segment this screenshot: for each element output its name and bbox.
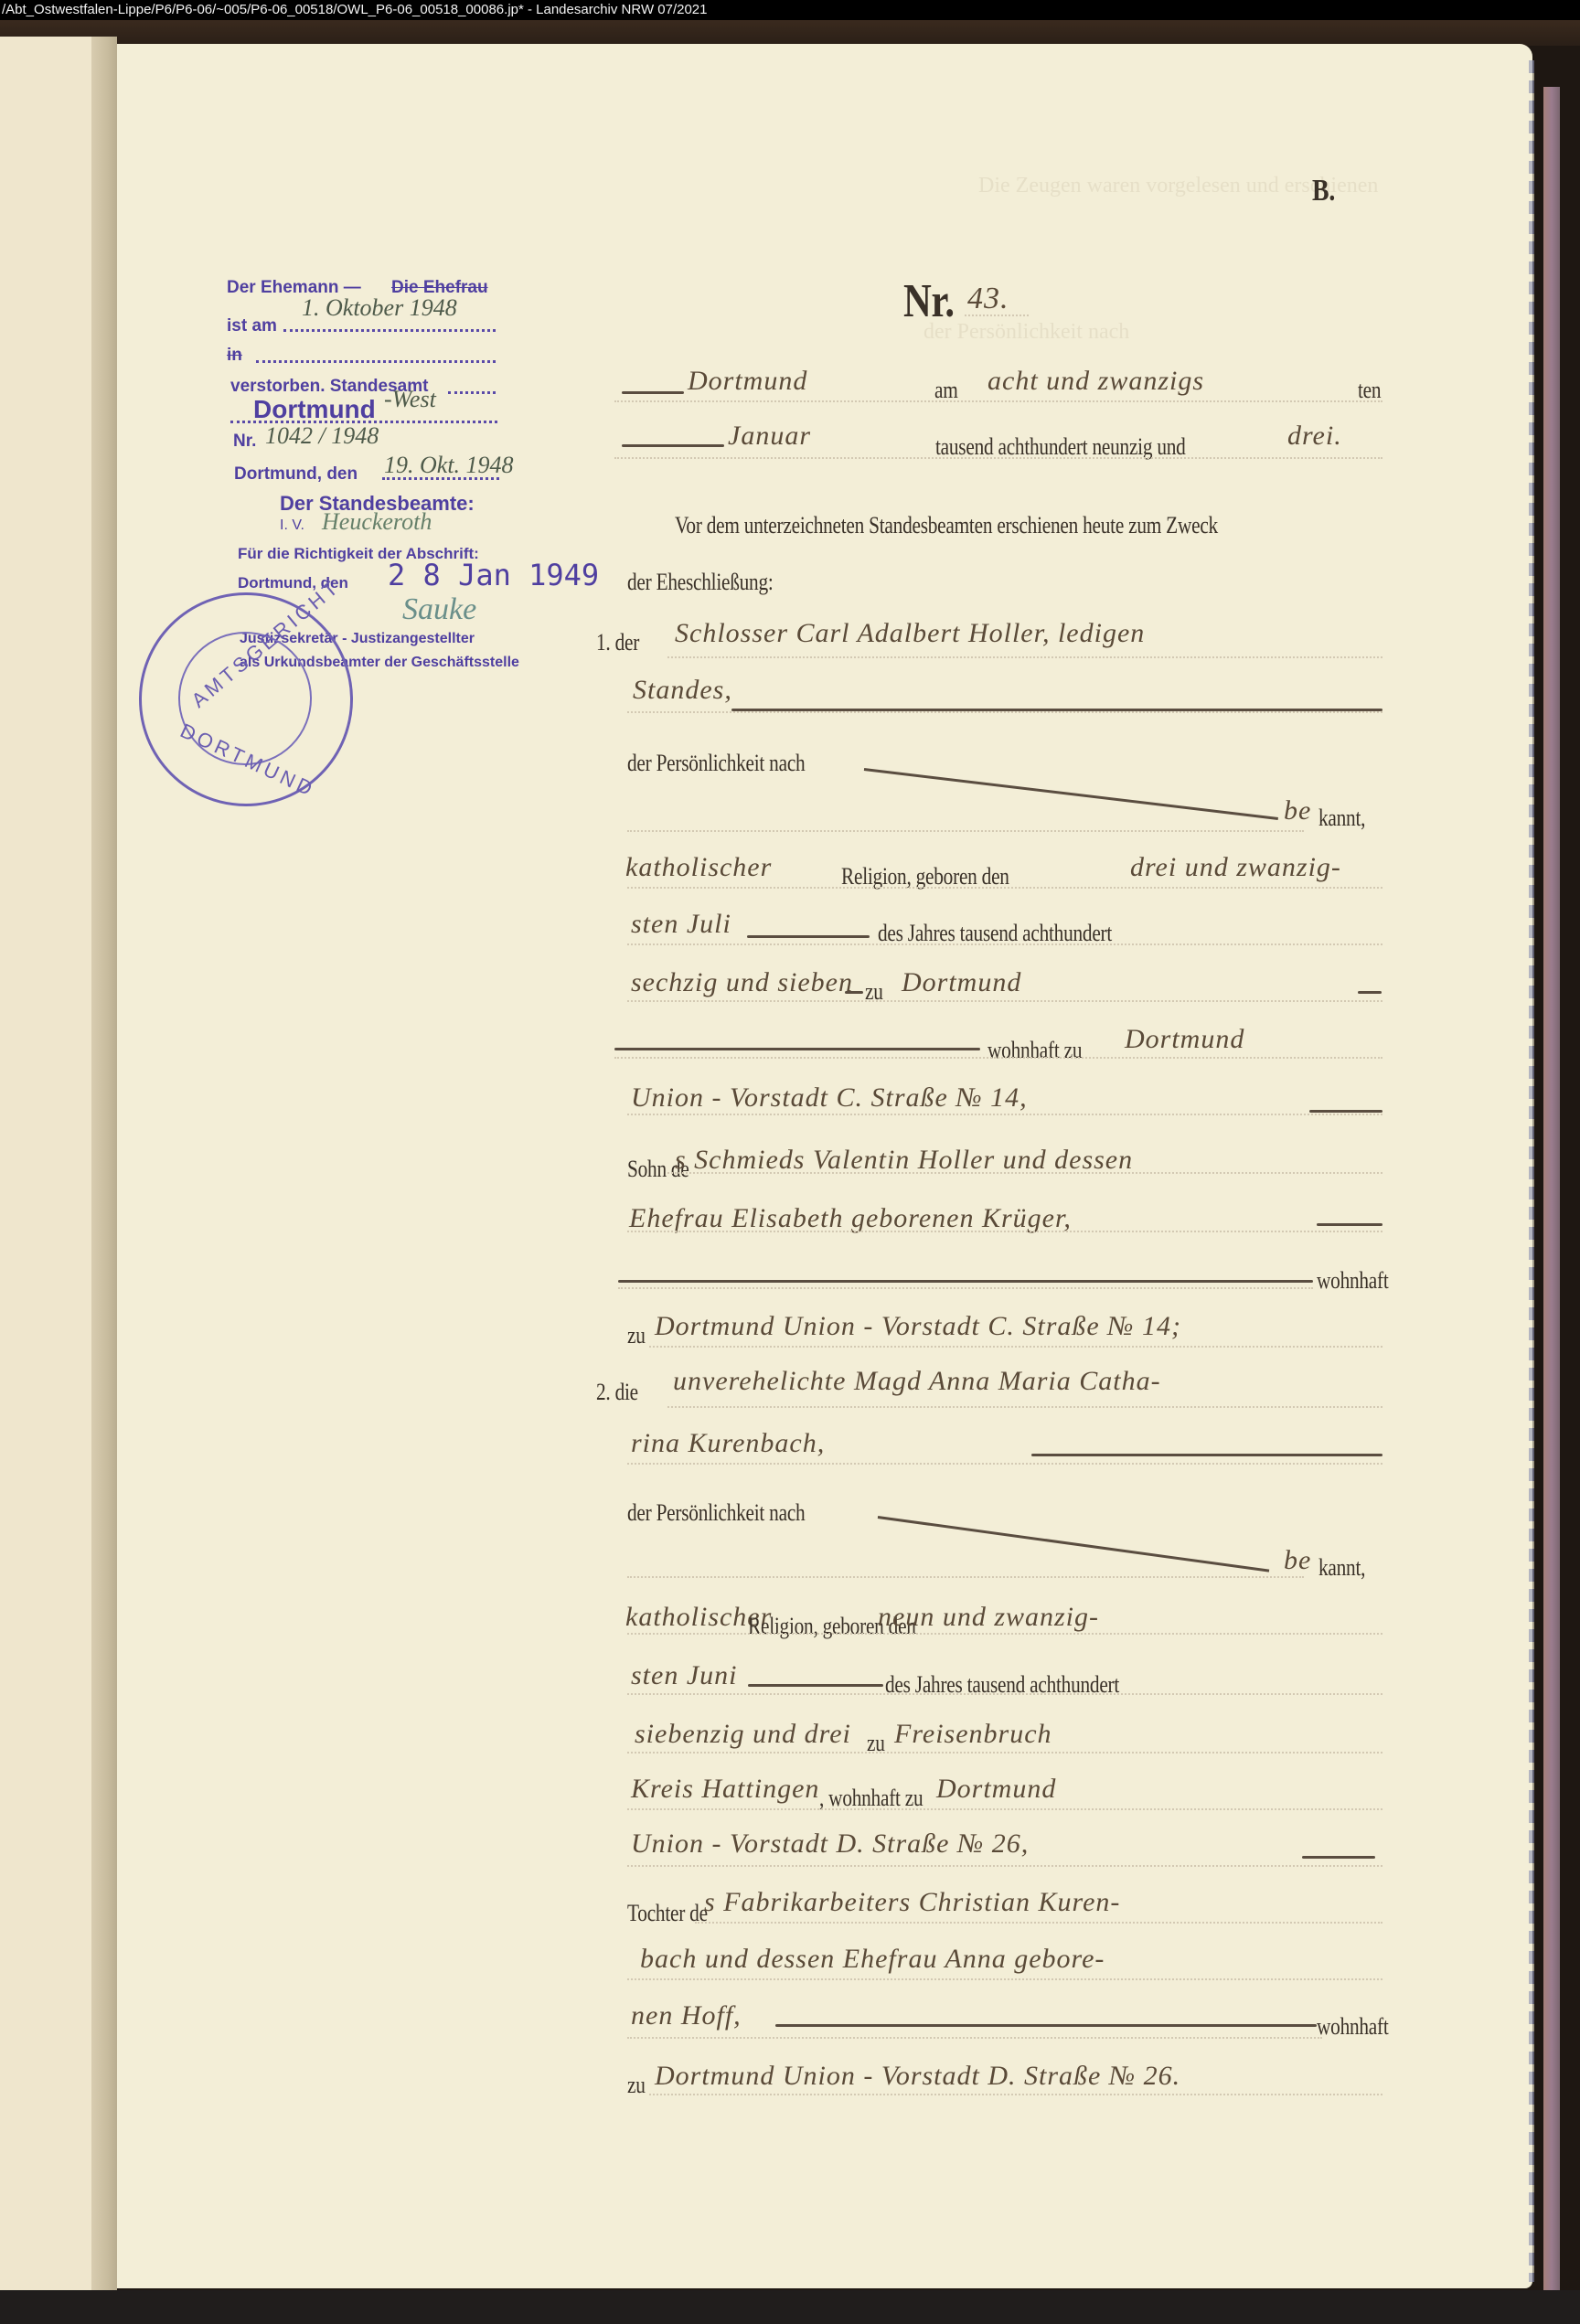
bride-mother: bach und dessen Ehefrau Anna gebore- [640,1944,1105,1975]
printed-text: der Persönlichkeit nach [627,750,805,777]
stamp-ist-am-label: ist am [227,316,277,336]
printed-text: der Persönlichkeit nach [627,1499,805,1527]
dotted-line [627,1978,1382,1980]
fill-dash [1317,1223,1382,1226]
bride-birth-month: sten Juni [631,1660,737,1691]
bride-name-cont: rina Kurenbach, [631,1428,825,1459]
window-title: /Abt_Ostwestfalen-Lippe/P6/P6-06/~005/P6… [2,2,708,17]
death-date: 1. Oktober 1948 [302,294,457,322]
book-gutter [91,37,117,2324]
bride-address: Union - Vorstadt D. Straße № 26, [631,1828,1029,1860]
fill-dash [845,991,863,994]
groom-father: s Schmieds Valentin Holler und dessen [675,1145,1133,1176]
bride-residence: Dortmund [936,1774,1056,1805]
bride-name: unverehelichte Magd Anna Maria Catha- [673,1366,1161,1397]
dotted-line [614,1057,1382,1059]
groom-religion: katholischer [625,852,772,883]
stamp-field-line [448,391,496,394]
marriage-day: acht und zwanzigs [987,366,1204,397]
bride-birth-district: Kreis Hattingen [631,1774,819,1805]
record-number: 43. [967,282,1009,316]
fill-dash [618,1280,1313,1283]
dotted-line [618,1287,1313,1289]
dotted-line [667,1172,1382,1174]
groom-birthplace: Dortmund [902,967,1021,998]
groom-status: Standes, [633,675,732,706]
previous-page-edge [0,37,91,2324]
bleed-through-text: der Persönlichkeit nach [923,320,1129,345]
groom-residence: Dortmund [1125,1024,1244,1055]
printed-text: wohnhaft zu [987,1037,1082,1064]
dotted-line [667,1406,1382,1408]
printed-text: wohnhaft [1317,2013,1389,2041]
dotted-line [627,1752,1382,1754]
bride-birthplace: Freisenbruch [894,1719,1052,1750]
groom-parents-address: Dortmund Union - Vorstadt C. Straße № 14… [655,1311,1181,1342]
dotted-line [627,830,1304,832]
death-register-number: 1042 / 1948 [265,422,379,450]
bride-parents-address: Dortmund Union - Vorstadt D. Straße № 26… [655,2061,1180,2092]
dotted-line [627,711,1382,713]
clerk-signature: Sauke [402,592,476,627]
groom-known: be [1284,795,1311,826]
bride-label: 2. die [596,1379,638,1406]
record-number-label: Nr. [903,274,955,328]
groom-label: 1. der [596,629,639,656]
dotted-line [667,656,1382,658]
bride-father: s Fabrikarbeiters Christian Kuren- [704,1887,1120,1918]
groom-birth-year: sechzig und sieben [631,967,853,998]
printed-text: der Eheschließung: [627,569,774,596]
registrar-signature: Heuckeroth [322,508,432,536]
dotted-line [649,2094,1382,2095]
dotted-line [965,314,1029,316]
copy-date: 2 8 Jan 1949 [388,558,599,592]
fill-dash [1031,1454,1382,1456]
dotted-line [649,1346,1382,1348]
standesamt-suffix: -West [384,386,436,413]
book-cover-edge [1543,87,1560,2299]
dotted-line [627,1693,1382,1695]
section-letter: B. [1312,174,1335,208]
window-title-bar: /Abt_Ostwestfalen-Lippe/P6/P6-06/~005/P6… [0,0,1580,20]
dotted-line [627,2037,1322,2039]
court-seal: AMTSGERICHT DORTMUND [139,592,353,806]
marriage-year-suffix: drei. [1287,421,1342,452]
bride-known: be [1284,1545,1311,1576]
dotted-line [627,1633,1382,1635]
dotted-line [627,1000,1382,1002]
dotted-line [614,457,1382,459]
fill-dash [622,391,684,394]
stamp-field-line [382,477,499,480]
note-date: 19. Okt. 1948 [384,452,514,479]
scan-background-top [0,20,1580,46]
fill-dash [1358,991,1382,994]
dotted-line [627,943,1382,945]
dotted-line [627,1576,1304,1578]
dotted-line [614,400,1382,402]
dotted-line [627,1114,1382,1115]
stamp-field-line [283,329,496,332]
printed-text: Vor dem unterzeichneten Standesbeamten e… [675,512,1218,539]
stamp-dortmund-den-label: Dortmund, den [234,464,358,485]
dotted-line [627,1865,1382,1867]
marriage-month: Januar [728,421,811,452]
groom-mother: Ehefrau Elisabeth geborenen Krüger, [629,1203,1072,1234]
printed-text: zu [627,1322,646,1349]
dotted-line [627,1231,1382,1232]
printed-text: wohnhaft [1317,1267,1389,1295]
fill-dash [622,444,724,447]
groom-birth-month: sten Juli [631,909,731,940]
page-stack-edge [1529,60,1534,2282]
stamp-field-line [256,360,496,363]
fill-dash [747,935,870,938]
printed-text: kannt, [1318,1554,1365,1582]
groom-birth-day: drei und zwanzig- [1130,852,1341,883]
bride-birth-day: neun und zwanzig- [878,1602,1099,1633]
printed-text: zu [627,2072,646,2099]
printed-text: kannt, [1318,805,1365,832]
groom-address: Union - Vorstadt C. Straße № 14, [631,1082,1028,1114]
stamp-in-label: in [227,346,242,366]
fill-dash [775,2024,1317,2027]
fill-dash [1302,1856,1375,1859]
place-of-marriage: Dortmund [688,366,807,397]
dotted-line [627,887,1382,889]
dotted-line [627,1463,1382,1465]
fill-dash [1309,1110,1382,1113]
dotted-line [695,1922,1382,1924]
bride-birth-year: siebenzig und drei [635,1719,851,1750]
groom-name: Schlosser Carl Adalbert Holler, ledigen [675,618,1145,649]
stamp-iv-label: I. V. [280,517,304,534]
dotted-line [627,1808,1382,1810]
bride-mother-cont: nen Hoff, [631,2000,742,2031]
fill-dash [748,1684,883,1687]
fill-dash [614,1048,980,1050]
stamp-nr-label: Nr. [233,432,256,452]
scan-background-bottom [0,2290,1580,2324]
